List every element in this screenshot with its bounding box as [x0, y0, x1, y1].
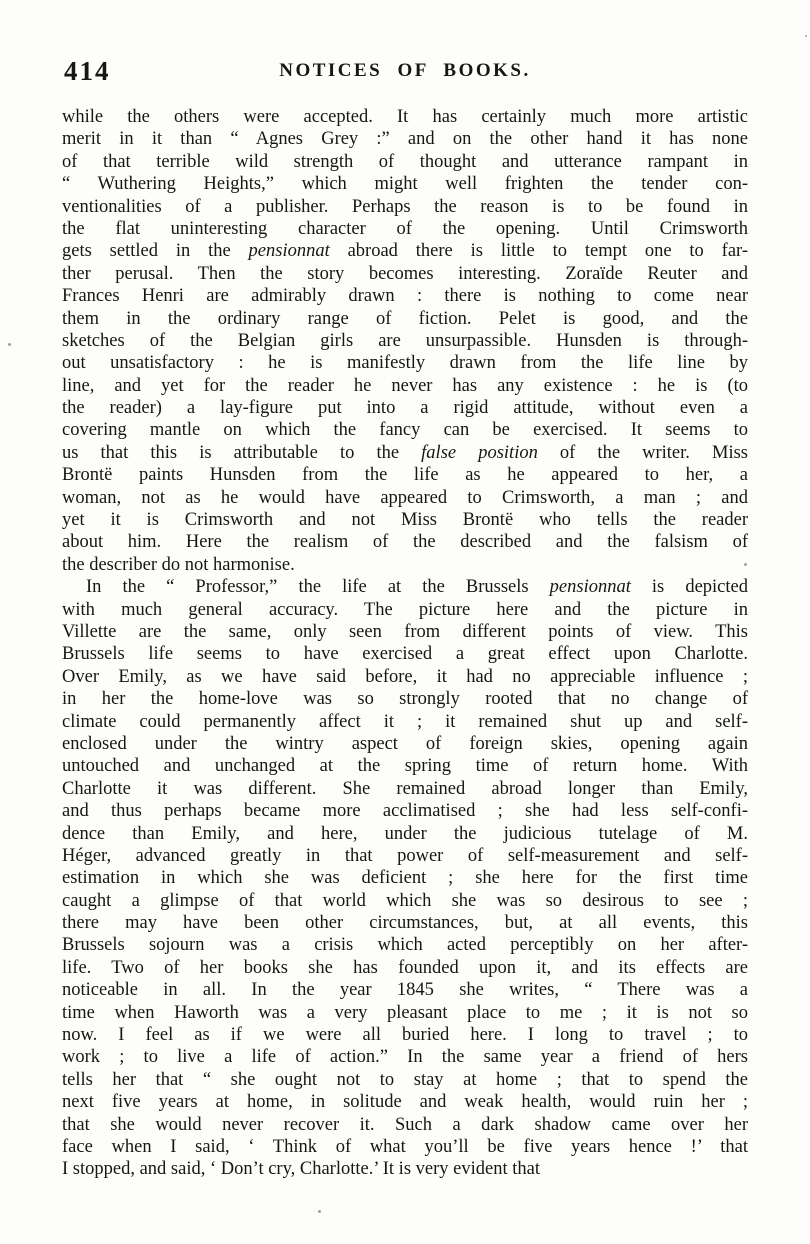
text-line: gets settled in the pensionnat abroad th… [62, 240, 748, 262]
text-line: Frances Henri are admirably drawn : ther… [62, 285, 748, 307]
text-segment: “ Wuthering Heights,” which might well f… [62, 174, 748, 194]
text-segment: gets settled in the [62, 241, 249, 261]
text-line: them in the ordinary range of fiction. P… [62, 308, 748, 330]
text-segment: them in the ordinary range of fiction. P… [62, 309, 748, 329]
text-line: “ Wuthering Heights,” which might well f… [62, 173, 748, 195]
text-segment: next five years at home, in solitude and… [62, 1092, 748, 1112]
text-line: untouched and unchanged at the spring ti… [62, 755, 748, 777]
text-line: Héger, advanced greatly in that power of… [62, 845, 748, 867]
text-segment: there may have been other circumstances,… [62, 913, 748, 933]
text-line: sketches of the Belgian girls are unsurp… [62, 330, 748, 352]
text-segment: Brontë paints Hunsden from the life as h… [62, 465, 748, 485]
italic-text-segment: false position [421, 443, 538, 463]
text-segment: I stopped, and said, ‘ Don’t cry, Charlo… [62, 1159, 540, 1179]
text-line: us that this is attributable to the fals… [62, 442, 748, 464]
text-segment: climate could permanently affect it ; it… [62, 712, 748, 732]
text-line: Charlotte it was different. She remained… [62, 778, 748, 800]
text-segment: merit in it than “ Agnes Grey :” and on … [62, 129, 748, 149]
text-segment: now. I feel as if we were all buried her… [62, 1025, 748, 1045]
text-segment: Over Emily, as we have said before, it h… [62, 667, 748, 687]
text-line: ther perusal. Then the story becomes int… [62, 263, 748, 285]
text-line: Brontë paints Hunsden from the life as h… [62, 464, 748, 486]
text-block: while the others were accepted. It has c… [62, 106, 748, 1181]
text-line: out unsatisfactory : he is manifestly dr… [62, 352, 748, 374]
text-line: estimation in which she was deficient ; … [62, 867, 748, 889]
text-line: in her the home-love was so strongly roo… [62, 688, 748, 710]
text-segment: yet it is Crimsworth and not Miss Brontë… [62, 510, 748, 530]
running-header-title: NOTICES OF BOOKS. [62, 56, 748, 82]
text-line: face when I said, ‘ Think of what you’ll… [62, 1136, 748, 1158]
text-segment: estimation in which she was deficient ; … [62, 868, 748, 888]
text-line: ventionalities of a publisher. Perhaps t… [62, 196, 748, 218]
text-segment: Charlotte it was different. She remained… [62, 779, 748, 799]
text-line: of that terrible wild strength of though… [62, 151, 748, 173]
text-line: life. Two of her books she has founded u… [62, 957, 748, 979]
text-line: the describer do not harmonise. [62, 554, 748, 576]
text-line: about him. Here the realism of the descr… [62, 531, 748, 553]
text-segment: work ; to live a life of action.” In the… [62, 1047, 748, 1067]
text-line: climate could permanently affect it ; it… [62, 711, 748, 733]
text-line: enclosed under the wintry aspect of fore… [62, 733, 748, 755]
text-line: work ; to live a life of action.” In the… [62, 1046, 748, 1068]
text-segment: covering mantle on which the fancy can b… [62, 420, 748, 440]
text-line: Brussels sojourn was a crisis which acte… [62, 934, 748, 956]
text-line: noticeable in all. In the year 1845 she … [62, 979, 748, 1001]
page-number: 414 [64, 56, 111, 87]
text-segment: time when Haworth was a very pleasant pl… [62, 1003, 748, 1023]
text-line: caught a glimpse of that world which she… [62, 890, 748, 912]
scan-speck [318, 1210, 321, 1213]
text-segment: with much general accuracy. The picture … [62, 600, 748, 620]
text-line: now. I feel as if we were all buried her… [62, 1024, 748, 1046]
text-segment: enclosed under the wintry aspect of fore… [62, 734, 748, 754]
text-segment: ventionalities of a publisher. Perhaps t… [62, 197, 748, 217]
scan-speck [805, 35, 807, 37]
text-line: In the “ Professor,” the life at the Bru… [62, 576, 748, 598]
text-segment: woman, not as he would have appeared to … [62, 488, 748, 508]
text-segment: Frances Henri are admirably drawn : ther… [62, 286, 748, 306]
text-line: that she would never recover it. Such a … [62, 1114, 748, 1136]
text-segment: sketches of the Belgian girls are unsurp… [62, 331, 748, 351]
text-segment: line, and yet for the reader he never ha… [62, 376, 748, 396]
text-line: yet it is Crimsworth and not Miss Brontë… [62, 509, 748, 531]
text-segment: tells her that “ she ought not to stay a… [62, 1070, 748, 1090]
running-header: 414 NOTICES OF BOOKS. [62, 56, 748, 86]
text-segment: of the writer. Miss [538, 443, 748, 463]
text-line: Over Emily, as we have said before, it h… [62, 666, 748, 688]
text-segment: abroad there is little to tempt one to f… [330, 241, 748, 261]
text-segment: about him. Here the realism of the descr… [62, 532, 748, 552]
text-line: while the others were accepted. It has c… [62, 106, 748, 128]
text-line: with much general accuracy. The picture … [62, 599, 748, 621]
text-line: Villette are the same, only seen from di… [62, 621, 748, 643]
text-segment: ther perusal. Then the story becomes int… [62, 264, 748, 284]
text-line: next five years at home, in solitude and… [62, 1091, 748, 1113]
text-line: the reader) a lay-figure put into a rigi… [62, 397, 748, 419]
text-segment: face when I said, ‘ Think of what you’ll… [62, 1137, 748, 1157]
text-line: the flat uninteresting character of the … [62, 218, 748, 240]
text-segment: life. Two of her books she has founded u… [62, 958, 748, 978]
text-segment: Brussels sojourn was a crisis which acte… [62, 935, 748, 955]
text-segment: is depicted [631, 577, 748, 597]
text-line: line, and yet for the reader he never ha… [62, 375, 748, 397]
italic-text-segment: pensionnat [249, 241, 330, 261]
paragraph: In the “ Professor,” the life at the Bru… [62, 576, 748, 1181]
text-segment: of that terrible wild strength of though… [62, 152, 748, 172]
text-segment: untouched and unchanged at the spring ti… [62, 756, 748, 776]
text-segment: in her the home-love was so strongly roo… [62, 689, 748, 709]
text-line: there may have been other circumstances,… [62, 912, 748, 934]
text-segment: while the others were accepted. It has c… [62, 107, 748, 127]
text-line: time when Haworth was a very pleasant pl… [62, 1002, 748, 1024]
text-segment: the reader) a lay-figure put into a rigi… [62, 398, 748, 418]
text-segment: the flat uninteresting character of the … [62, 219, 748, 239]
text-line: and thus perhaps became more acclimatise… [62, 800, 748, 822]
scan-speck [8, 343, 11, 346]
italic-text-segment: pensionnat [550, 577, 631, 597]
text-segment: that she would never recover it. Such a … [62, 1115, 748, 1135]
text-line: merit in it than “ Agnes Grey :” and on … [62, 128, 748, 150]
text-segment: noticeable in all. In the year 1845 she … [62, 980, 748, 1000]
text-line: covering mantle on which the fancy can b… [62, 419, 748, 441]
text-line: tells her that “ she ought not to stay a… [62, 1069, 748, 1091]
text-segment: Brussels life seems to have exercised a … [62, 644, 748, 664]
text-segment: Villette are the same, only seen from di… [62, 622, 748, 642]
text-segment: Héger, advanced greatly in that power of… [62, 846, 748, 866]
text-line: woman, not as he would have appeared to … [62, 487, 748, 509]
text-segment: and thus perhaps became more acclimatise… [62, 801, 748, 821]
text-segment: the describer do not harmonise. [62, 555, 295, 575]
text-segment: out unsatisfactory : he is manifestly dr… [62, 353, 748, 373]
text-line: Brussels life seems to have exercised a … [62, 643, 748, 665]
paragraph: while the others were accepted. It has c… [62, 106, 748, 576]
book-page: 414 NOTICES OF BOOKS. while the others w… [0, 0, 810, 1244]
text-line: I stopped, and said, ‘ Don’t cry, Charlo… [62, 1158, 748, 1180]
text-segment: caught a glimpse of that world which she… [62, 891, 748, 911]
text-segment: dence than Emily, and here, under the ju… [62, 824, 748, 844]
text-segment: us that this is attributable to the [62, 443, 421, 463]
text-line: dence than Emily, and here, under the ju… [62, 823, 748, 845]
scan-speck [744, 563, 747, 566]
text-segment: In the “ Professor,” the life at the Bru… [86, 577, 550, 597]
